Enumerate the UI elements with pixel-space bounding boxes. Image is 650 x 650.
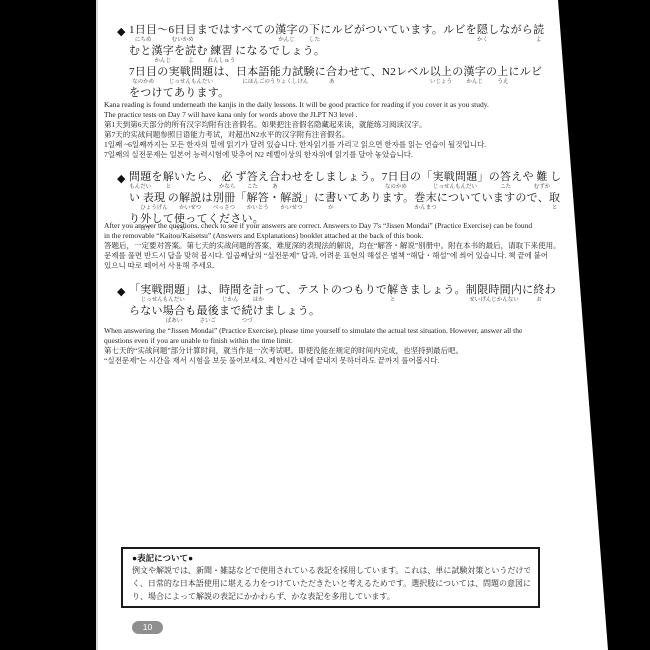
translation-line: 答题后，一定要对答案。第七天的实战问题的答案、难度深的表现法的解说，均在“解答・… (104, 241, 562, 251)
kanji-with-furigana: 実戦問題じっせんもんだい (433, 171, 478, 190)
kanji-with-furigana: 合あ (269, 171, 280, 190)
plain-text-segment: し (550, 171, 561, 190)
plain-text-segment: い (129, 192, 140, 211)
notice-box-line: 例文や解説では、新聞・雑誌などで使用されている表記を採用しています。これは、単に… (132, 564, 530, 577)
plain-text-segment: ず (236, 171, 247, 190)
japanese-line: 「実戦問題じっせんもんだい」は、時間じかんを計はかって、テストのつもりで解ときま… (129, 284, 561, 305)
translation-line: in the removable “Kaitou/Kaisetsu” (Answ… (104, 231, 562, 241)
bullet-diamond-icon: ◆ (117, 172, 125, 185)
plain-text-segment: 」は、 (185, 284, 219, 303)
kanji-with-furigana: 合あ (326, 66, 337, 85)
kanji-with-furigana: 答こた (500, 171, 511, 190)
japanese-line: むと漢字かんじを読よむ練習れんしゅうになるでしょう。 (129, 45, 561, 66)
japanese-line: 7日目なのかめの実戦問題じっせんもんだいは、日本語能力試験にほんごのうりょくしけ… (129, 66, 561, 87)
kanji-with-furigana: 制限時間内せいげんじかんない (466, 284, 522, 303)
plain-text-segment: 」に (303, 192, 326, 211)
plain-text-segment: えや (511, 171, 534, 190)
plain-text-segment: まではすべての (197, 24, 276, 43)
kanji-with-furigana: 場合ばあい (163, 305, 186, 324)
kanji-with-furigana: 難むずか (534, 171, 551, 190)
bullet-diamond-icon: ◆ (117, 25, 125, 38)
kanji-with-furigana: 隠かく (477, 24, 488, 43)
plain-text-segment: まで (219, 305, 242, 324)
plain-text-segment: の (452, 66, 463, 85)
plain-text-segment: いてあります。 (337, 192, 415, 211)
translation-line: 7일째의 실전문제는 일본어 능력시험에 맞추어 N2 레벨이상의 한자위에 읽… (104, 150, 562, 160)
translation-line: Kana reading is found underneath the kan… (104, 100, 562, 110)
plain-text-segment: らない (129, 305, 163, 324)
plain-text-segment: わ (545, 284, 556, 303)
plain-text-segment: む (197, 45, 208, 64)
kanji-with-furigana: 練習れんしゅう (208, 45, 236, 64)
kanji-with-furigana: 1日目にちめ (129, 24, 157, 43)
scan-margin-left (0, 0, 96, 650)
kanji-with-furigana: 表現ひょうげん (140, 192, 168, 211)
plain-text-segment: わせをしましょう。 (281, 171, 382, 190)
translation-line: questions even if you are unable to fini… (104, 336, 562, 346)
plain-text-segment: しながら (488, 24, 533, 43)
plain-text-segment: にルビがついています。ルビを (320, 24, 477, 43)
kanji-with-furigana: 6日目むいかめ (169, 24, 197, 43)
japanese-text-block: 1日目にちめ～6日目むいかめまではすべての漢字かんじの下したにルビがついています… (129, 24, 561, 108)
kanji-with-furigana: 解と (387, 284, 398, 303)
japanese-line: 1日目にちめ～6日目むいかめまではすべての漢字かんじの下したにルビがついています… (129, 24, 561, 45)
notice-box-line: く、日常的な日本語使用に堪える力をつけていただきたいと考えるためです。選択肢につ… (132, 577, 530, 590)
plain-text-segment: の「 (410, 171, 433, 190)
plain-text-segment: むと (129, 45, 152, 64)
plain-text-segment: を (152, 171, 163, 190)
plain-text-segment: を (174, 45, 185, 64)
kanji-with-furigana: 読よ (185, 45, 196, 64)
notation-notice-box: ●表記について● 例文や解説では、新聞・雑誌などで使用されている表記を採用してい… (121, 547, 540, 608)
translation-line: 1일째 ~6일째까지는 모든 한자의 밑에 읽기가 달려 있습니다. 한자읽기를… (104, 140, 562, 150)
plain-text-segment: 」の (478, 171, 501, 190)
page-edge-line (96, 0, 98, 650)
kanji-with-furigana: 取と (549, 192, 560, 211)
kanji-with-furigana: 読よ (533, 24, 544, 43)
translation-line: 있으니 따로 떼어서 사용해 주세요. (104, 261, 562, 271)
plain-text-segment: わせて、N2レベル (337, 66, 429, 85)
notice-box-title: ●表記について● (132, 552, 530, 564)
kanji-with-furigana: 解説かいせつ (280, 192, 303, 211)
plain-text-segment: は、 (214, 66, 237, 85)
kanji-with-furigana: 実戦問題じっせんもんだい (140, 284, 185, 303)
kanji-with-furigana: 巻末かんまつ (414, 192, 437, 211)
kanji-with-furigana: 7日目なのかめ (129, 66, 157, 85)
kanji-with-furigana: 漢字かんじ (275, 24, 298, 43)
kanji-with-furigana: 漢字かんじ (463, 66, 486, 85)
kanji-with-furigana: 時間じかん (219, 284, 242, 303)
plain-text-segment: って、テストのつもりで (264, 284, 387, 303)
scan-margin-right (558, 0, 650, 650)
translation-line: 문제를 풀면 반드시 답을 맞혀 봅시다. 일곱째날의 “실전문제” 답과, 어… (104, 251, 562, 261)
japanese-line: らない場合ばあいも最後さいごまで続つづけましょう。 (129, 305, 561, 326)
plain-text-segment: いたら、 (174, 171, 219, 190)
plain-text-segment: きましょう。 (398, 284, 466, 303)
translation-line: The practice tests on Day 7 will have ka… (104, 110, 562, 120)
japanese-line: 問題もんだいを解といたら、必かならず答こたえ合あわせをしましょう。7日目なのかめ… (129, 171, 561, 192)
plain-text-segment: 「 (129, 284, 140, 303)
japanese-line: い表現ひょうげんの解説かいせつは別冊べっさつ「解答かいとう・解説かいせつ」に書か… (129, 192, 561, 213)
kanji-with-furigana: 日本語能力試験にほんごのうりょくしけん (236, 66, 315, 85)
translation-block: Kana reading is found underneath the kan… (104, 100, 562, 161)
kanji-with-furigana: 計はか (253, 284, 264, 303)
translation-line: After you answer the questions, check to… (104, 221, 562, 231)
kanji-with-furigana: 以上いじょう (430, 66, 453, 85)
translation-block: When answering the “Jissen Mondai” (Prac… (104, 326, 562, 366)
plain-text-segment: ・ (269, 192, 280, 211)
translation-line: “실전문제”는 시간을 재서 시험을 보듯 풀어보세요. 제한시간 내에 끝내지… (104, 356, 562, 366)
plain-text-segment: けましょう。 (253, 305, 321, 324)
kanji-with-furigana: 問題もんだい (129, 171, 152, 190)
translation-block: After you answer the questions, check to… (104, 221, 562, 271)
kanji-with-furigana: 解と (163, 171, 174, 190)
bullet-diamond-icon: ◆ (117, 285, 125, 298)
page-number-badge: 10 (132, 621, 163, 634)
plain-text-segment: ～ (157, 24, 168, 43)
plain-text-segment: にルビ (508, 66, 542, 85)
plain-text-segment: に (315, 66, 326, 85)
kanji-with-furigana: 上うえ (497, 66, 508, 85)
kanji-with-furigana: 終お (533, 284, 544, 303)
kanji-with-furigana: 最後さいご (197, 305, 220, 324)
plain-text-segment: についていますので、 (437, 192, 549, 211)
plain-text-segment: に (522, 284, 533, 303)
kanji-with-furigana: 実戦問題じっせんもんだい (169, 66, 214, 85)
plain-text-segment: の (298, 24, 309, 43)
kanji-with-furigana: 解説かいせつ (179, 192, 202, 211)
kanji-with-furigana: 解答かいとう (247, 192, 270, 211)
kanji-with-furigana: 答こた (247, 171, 258, 190)
plain-text-segment: の (168, 192, 179, 211)
kanji-with-furigana: 別冊べっさつ (213, 192, 236, 211)
plain-text-segment: を (242, 284, 253, 303)
kanji-with-furigana: 7日目なのかめ (382, 171, 410, 190)
kanji-with-furigana: 漢字かんじ (152, 45, 175, 64)
kanji-with-furigana: 書か (325, 192, 336, 211)
kanji-with-furigana: 下した (309, 24, 320, 43)
kanji-with-furigana: 続つづ (242, 305, 253, 324)
kanji-with-furigana: 必かなら (219, 171, 236, 190)
notice-box-line: り、場合によって解説の表記にかかわらず、かな表記を多用しています。 (132, 590, 530, 603)
japanese-text-block: 「実戦問題じっせんもんだい」は、時間じかんを計はかって、テストのつもりで解ときま… (129, 284, 561, 326)
plain-text-segment: になるでしょう。 (235, 45, 325, 64)
translation-line: 第1天到第6天部分的所有汉字均附有注音假名。如果把注音假名隐藏起来读，就能练习阅… (104, 120, 562, 130)
plain-text-segment: の (486, 66, 497, 85)
plain-text-segment: え (258, 171, 269, 190)
translation-line: When answering the “Jissen Mondai” (Prac… (104, 326, 562, 336)
plain-text-segment: 「 (235, 192, 246, 211)
plain-text-segment: の (157, 66, 168, 85)
translation-line: 第七天的“实战问题”部分计算时间，就当作是一次考试吧。即使没能在规定的时间内完成… (104, 346, 562, 356)
translation-line: 第7天的实战问题参照日语能力考试，对超出N2水平的汉字附有注音假名。 (104, 130, 562, 140)
plain-text-segment: も (185, 305, 196, 324)
plain-text-segment: は (202, 192, 213, 211)
